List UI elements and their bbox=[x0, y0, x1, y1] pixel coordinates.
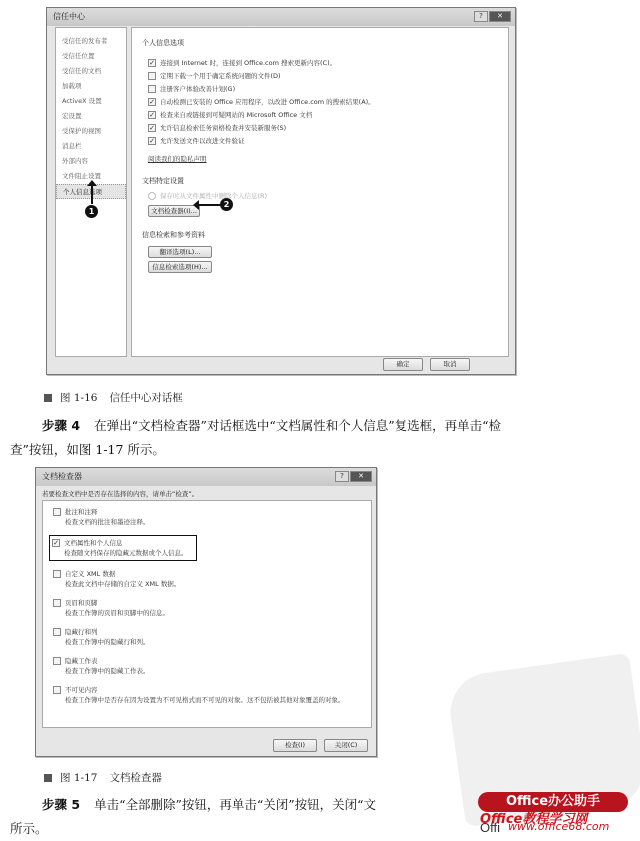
close-button[interactable]: ✕ bbox=[350, 471, 372, 482]
ok-button[interactable]: 确定 bbox=[383, 358, 423, 371]
caption-square-icon bbox=[44, 774, 52, 782]
option-detect-apps[interactable]: ✓ 自动检测已安装的 Office 应用程序，以改进 Office.com 的搜… bbox=[148, 97, 375, 106]
checkbox-checked-icon[interactable]: ✓ bbox=[148, 98, 156, 106]
research-options-button[interactable]: 信息检索选项(H)... bbox=[148, 261, 212, 273]
trust-center-dialog: 信任中心 ? ✕ 受信任的发布者 受信任位置 受信任的文档 加载项 Active… bbox=[46, 7, 516, 375]
privacy-statement-link[interactable]: 阅读我们的隐私声明 bbox=[148, 154, 207, 163]
checkbox-icon[interactable] bbox=[53, 628, 61, 636]
callout-arrow-2 bbox=[198, 204, 220, 206]
figure-caption-1-17: 图 1-17 文档检查器 bbox=[44, 770, 162, 785]
dialog-titlebar: 文档检查器 ? ✕ bbox=[36, 468, 376, 486]
arrow-head-up-icon bbox=[87, 180, 97, 186]
sidebar-item-addins[interactable]: 加载项 bbox=[56, 79, 126, 94]
checkbox-icon[interactable] bbox=[148, 72, 156, 80]
inspect-item-hidden-rows-columns[interactable]: 隐藏行和列 检查工作簿中的隐藏行和列。 bbox=[53, 627, 150, 647]
close-dialog-button[interactable]: 关闭(C) bbox=[324, 739, 368, 752]
sidebar-item-protected-view[interactable]: 受保护的视图 bbox=[56, 124, 126, 139]
callout-arrow-1 bbox=[91, 184, 93, 204]
inspect-item-custom-xml[interactable]: 自定义 XML 数据 检查此文档中存储的自定义 XML 数据。 bbox=[53, 569, 180, 589]
dialog-title: 文档检查器 bbox=[42, 472, 82, 481]
checkbox-icon[interactable] bbox=[148, 85, 156, 93]
section-title-doc-settings: 文档特定设置 bbox=[142, 176, 184, 186]
option-download-file[interactable]: 定期下载一个用于确定系统问题的文件(D) bbox=[148, 71, 281, 80]
sidebar-item-message-bar[interactable]: 消息栏 bbox=[56, 139, 126, 154]
checkbox-icon[interactable] bbox=[53, 508, 61, 516]
callout-badge-2: 2 bbox=[220, 198, 233, 211]
checkbox-checked-icon[interactable]: ✓ bbox=[148, 124, 156, 132]
checkbox-icon[interactable] bbox=[53, 570, 61, 578]
sidebar-item-trusted-documents[interactable]: 受信任的文档 bbox=[56, 64, 126, 79]
privacy-options-panel: 个人信息选项 ✓ 连接到 Internet 时，连接到 Office.com 搜… bbox=[131, 27, 509, 357]
checkbox-icon[interactable] bbox=[53, 686, 61, 694]
section-title-research: 信息检索和参考资料 bbox=[142, 230, 205, 240]
option-check-suspicious[interactable]: ✓ 检查来自或链接到可疑网站的 Microsoft Office 文档 bbox=[148, 110, 312, 119]
translation-options-button[interactable]: 翻译选项(L)... bbox=[148, 246, 212, 258]
close-button[interactable]: ✕ bbox=[489, 11, 511, 22]
checkbox-icon[interactable] bbox=[53, 599, 61, 607]
step5-paragraph: 步骤 5单击“全部删除”按钮，再单击“关闭”按钮，关闭“文 bbox=[42, 793, 376, 817]
sidebar-item-trusted-publishers[interactable]: 受信任的发布者 bbox=[56, 34, 126, 49]
dialog-titlebar: 信任中心 ? ✕ bbox=[47, 8, 515, 26]
callout-badge-1: 1 bbox=[85, 205, 98, 218]
cancel-button[interactable]: 取消 bbox=[430, 358, 470, 371]
checkbox-checked-icon[interactable]: ✓ bbox=[148, 137, 156, 145]
figure-caption-1-16: 图 1-16 信任中心对话框 bbox=[44, 390, 183, 405]
inspect-item-comments[interactable]: 批注和注释 检查文档的批注和墨迹注释。 bbox=[53, 507, 150, 527]
inspect-item-invisible-content[interactable]: 不可见内容 检查工作簿中是否存在因为设置为不可见格式而不可见的对象。这不包括被其… bbox=[53, 685, 345, 705]
sidebar-item-macro[interactable]: 宏设置 bbox=[56, 109, 126, 124]
sidebar-item-trusted-locations[interactable]: 受信任位置 bbox=[56, 49, 126, 64]
option-remove-personal-info[interactable]: 保存时从文件属性中删除个人信息(R) bbox=[148, 191, 267, 200]
step4-paragraph: 步骤 4在弹出“文档检查器”对话框选中“文档属性和个人信息”复选框，再单击“检 bbox=[42, 414, 632, 438]
document-inspector-dialog: 文档检查器 ? ✕ 若要检查文档中是否存在选择的内容，请单击“检查”。 批注和注… bbox=[35, 467, 377, 757]
checkbox-icon[interactable] bbox=[53, 657, 61, 665]
section-title-privacy: 个人信息选项 bbox=[142, 38, 184, 48]
arrow-head-left-icon bbox=[193, 200, 199, 210]
help-button[interactable]: ? bbox=[335, 471, 349, 482]
radio-icon[interactable] bbox=[148, 192, 156, 200]
inspector-instruction: 若要检查文档中是否存在选择的内容，请单击“检查”。 bbox=[42, 489, 198, 498]
inspect-item-header-footer[interactable]: 页眉和页脚 检查工作簿的页眉和页脚中的信息。 bbox=[53, 598, 169, 618]
dialog-title: 信任中心 bbox=[53, 12, 85, 21]
inspection-options-list: 批注和注释 检查文档的批注和墨迹注释。 ✓文档属性和个人信息 检查随文档保存的隐… bbox=[42, 500, 372, 728]
sidebar-item-external-content[interactable]: 外部内容 bbox=[56, 154, 126, 169]
watermark-url-prefix: Offi bbox=[480, 820, 500, 835]
option-file-validation[interactable]: ✓ 允许发送文件以改进文件验证 bbox=[148, 136, 245, 145]
inspect-item-hidden-worksheets[interactable]: 隐藏工作表 检查工作簿中的隐藏工作表。 bbox=[53, 656, 150, 676]
option-research-services[interactable]: ✓ 允许信息检索任务窗格检查并安装新服务(S) bbox=[148, 123, 286, 132]
caption-square-icon bbox=[44, 394, 52, 402]
checkbox-checked-icon[interactable]: ✓ bbox=[148, 59, 156, 67]
checkbox-checked-icon[interactable]: ✓ bbox=[148, 111, 156, 119]
option-search-updates[interactable]: ✓ 连接到 Internet 时，连接到 Office.com 搜索更新内容(C… bbox=[148, 58, 336, 67]
watermark-url: www.office68.com bbox=[508, 820, 609, 833]
step4-paragraph-line2: 查”按钮，如图 1-17 所示。 bbox=[10, 438, 165, 462]
option-ceip[interactable]: 注册客户体验改善计划(G) bbox=[148, 84, 235, 93]
inspect-button[interactable]: 检查(I) bbox=[273, 739, 317, 752]
inspect-item-document-properties[interactable]: ✓文档属性和个人信息 检查随文档保存的隐藏元数据或个人信息。 bbox=[49, 535, 197, 561]
help-button[interactable]: ? bbox=[474, 11, 488, 22]
step5-paragraph-line2: 所示。 bbox=[10, 817, 48, 841]
checkbox-checked-icon[interactable]: ✓ bbox=[52, 539, 60, 547]
sidebar-item-activex[interactable]: ActiveX 设置 bbox=[56, 94, 126, 109]
